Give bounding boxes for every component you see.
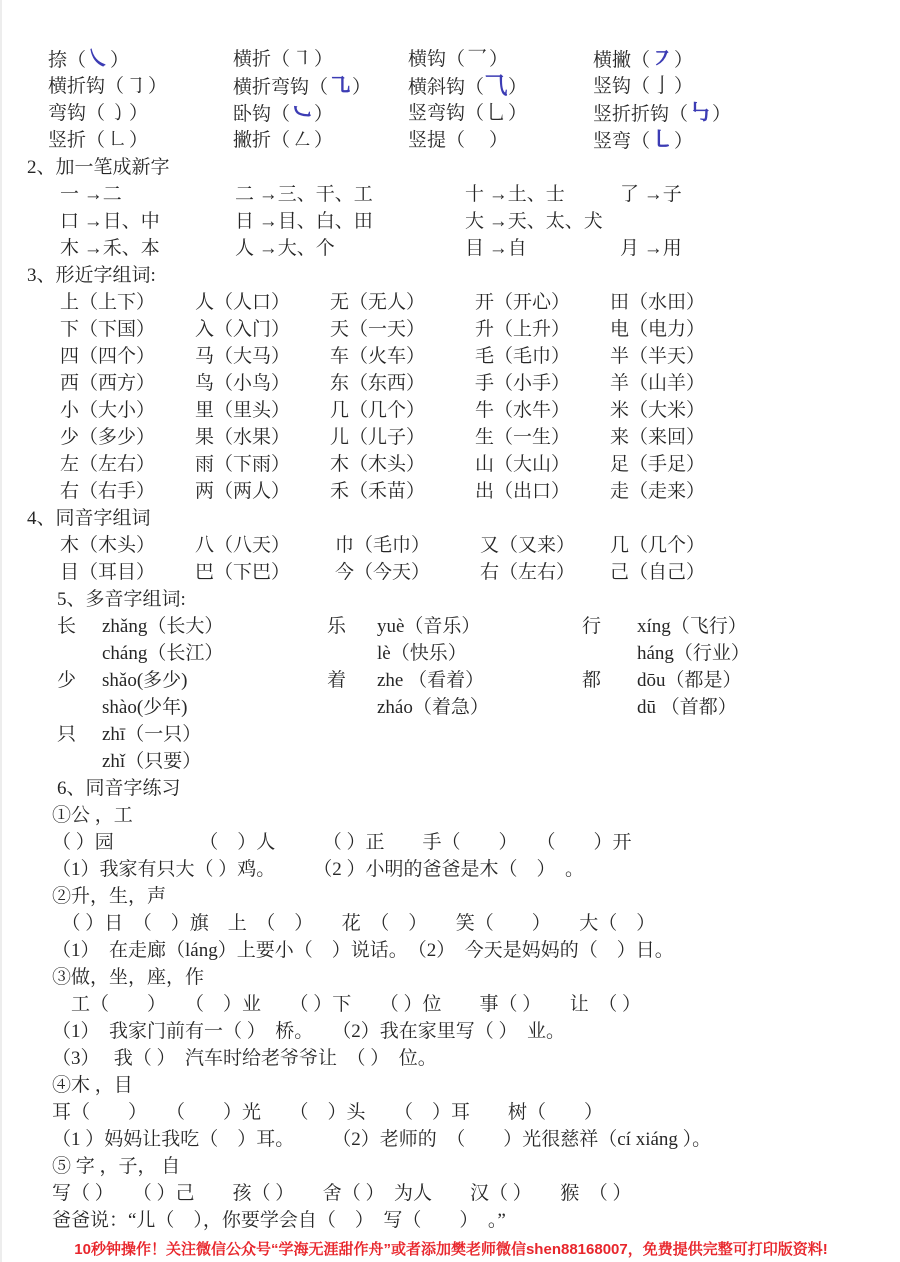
char-transform-cell: 一 →二 xyxy=(60,181,235,208)
stroke-glyph: 乛 xyxy=(465,46,489,73)
stroke-glyph: ㇜ xyxy=(290,127,314,154)
stroke-name: 竖提 xyxy=(408,130,446,151)
stroke-cell: 横钩（乛） xyxy=(408,46,593,73)
word-pair-cell: 升（上升） xyxy=(475,316,610,343)
word-pair-cell: 走（走来） xyxy=(610,478,900,505)
exercise-line: （3） 我（ ） 汽车时给老爷爷让 （ ） 位。 xyxy=(2,1045,900,1072)
close-paren: ） xyxy=(489,130,508,151)
stroke-cell: 横折弯钩（㇈） xyxy=(233,72,408,101)
polyphone-cell: 行 xyxy=(582,613,637,640)
stroke-cell: 竖钩（亅） xyxy=(593,73,900,100)
open-paren: （ xyxy=(271,130,290,151)
open-paren: （ xyxy=(271,104,290,125)
word-pair-cell: 开（开心） xyxy=(475,289,610,316)
stroke-name: 撇折 xyxy=(233,130,271,151)
stroke-glyph: ㇏ xyxy=(86,45,110,72)
word-pair-cell: 田（水田） xyxy=(610,289,900,316)
stroke-name: 弯钩 xyxy=(48,103,86,124)
stroke-cell: 横撇（㇇） xyxy=(593,45,900,74)
polyphone-cell: háng（行业） xyxy=(637,640,900,667)
homophone-cell: 八（八天） xyxy=(195,532,335,559)
close-paren: ） xyxy=(129,103,148,124)
exercise-line: ④木 ，目 xyxy=(2,1072,900,1099)
open-paren: （ xyxy=(631,50,650,71)
stroke-name: 横钩 xyxy=(408,49,446,70)
promo-footer-text: 10秒钟操作！关注微信公众号“学海无涯甜作舟”或者添加樊老师微信shen8816… xyxy=(2,1238,900,1259)
open-paren: （ xyxy=(105,76,124,97)
polyphone-cell: zhī（一只） xyxy=(102,721,327,748)
open-paren: （ xyxy=(669,104,688,125)
open-paren: （ xyxy=(631,131,650,152)
char-transform-cell: 月 →用 xyxy=(620,235,900,262)
char-transform-cell: 十 →土、士 xyxy=(465,181,620,208)
stroke-cell: 竖提（） xyxy=(408,127,593,154)
open-paren: （ xyxy=(446,49,465,70)
section4-grid: 木（木头）八（八天）巾（毛巾）又（又来）几（几个）目（耳目）巴（下巴）今（今天）… xyxy=(2,532,900,586)
homophone-cell: 又（又来） xyxy=(480,532,610,559)
stroke-glyph: ⺄ xyxy=(484,72,508,99)
open-paren: （ xyxy=(631,76,650,97)
stroke-name: 竖折折钩 xyxy=(593,104,669,125)
close-paren: ） xyxy=(148,76,167,97)
word-pair-cell: 手（小手） xyxy=(475,370,610,397)
word-pair-cell: 两（两人） xyxy=(195,478,330,505)
polyphone-cell: xíng（飞行） xyxy=(637,613,900,640)
stroke-glyph: ㇗ xyxy=(105,127,129,154)
word-pair-cell: 左（左右） xyxy=(60,451,195,478)
polyphone-cell: dū （首都） xyxy=(637,694,900,721)
exercise-line: 耳（ ） （ ）光 （ ）头 （ ）耳 树（ ） xyxy=(2,1099,900,1126)
homophone-cell: 今（今天） xyxy=(335,559,480,586)
open-paren: （ xyxy=(86,103,105,124)
word-pair-cell: 车（火车） xyxy=(330,343,475,370)
word-pair-cell: 雨（下雨） xyxy=(195,451,330,478)
stroke-name: 横撇 xyxy=(593,50,631,71)
word-pair-cell: 羊（山羊） xyxy=(610,370,900,397)
section6-exercises: ①公 ，工（ ）园 （ ）人 （ ）正 手（ ） （ ）开（1）我家有只大（ ）… xyxy=(2,802,900,1234)
stroke-cell: 卧钩（㇃） xyxy=(233,99,408,128)
open-paren: （ xyxy=(465,103,484,124)
stroke-cell: 横折（㇕） xyxy=(233,46,408,73)
polyphone-cell: 都 xyxy=(582,667,637,694)
close-paren: ） xyxy=(314,104,333,125)
stroke-glyph: ㇇ xyxy=(650,45,674,72)
word-pair-cell: 人（人口） xyxy=(195,289,330,316)
open-paren: （ xyxy=(309,77,328,98)
stroke-name: 横斜钩 xyxy=(408,77,465,98)
close-paren: ） xyxy=(314,130,333,151)
close-paren: ） xyxy=(674,50,693,71)
section5-grid: 长zhǎng（长大）乐yuè（音乐）行xíng（飞行）cháng（长江）lè（快… xyxy=(2,613,900,775)
exercise-line: （1） 在走廊（láng）上要小（ ）说话。 （2） 今天是妈妈的（ ）日。 xyxy=(2,937,900,964)
close-paren: ） xyxy=(129,130,148,151)
exercise-line: （1 ）妈妈让我吃（ ）耳。 （2）老师的 （ ）光很慈祥（cí xiáng ）… xyxy=(2,1126,900,1153)
stroke-glyph: ㇉ xyxy=(688,99,712,126)
word-pair-cell: 小（大小） xyxy=(60,397,195,424)
word-pair-cell: 东（东西） xyxy=(330,370,475,397)
word-pair-cell: 上（上下） xyxy=(60,289,195,316)
word-pair-cell: 无（无人） xyxy=(330,289,475,316)
polyphone-cell: 乐 xyxy=(327,613,377,640)
close-paren: ） xyxy=(314,49,333,70)
exercise-line: ①公 ，工 xyxy=(2,802,900,829)
section4-heading: 4、同音字组词 xyxy=(2,505,900,532)
exercise-line: ⑤ 字 ，子， 自 xyxy=(2,1153,900,1180)
stroke-glyph: ㇁ xyxy=(105,100,129,127)
homophone-cell: 几（几个） xyxy=(610,532,900,559)
polyphone-cell: zhe （看着） xyxy=(377,667,582,694)
stroke-name: 竖折 xyxy=(48,130,86,151)
close-paren: ） xyxy=(712,104,731,125)
polyphone-cell: dōu（都是） xyxy=(637,667,900,694)
word-pair-cell: 米（大米） xyxy=(610,397,900,424)
stroke-cell: 横斜钩（⺄） xyxy=(408,72,593,101)
section2-grid: 一 →二二 →三、干、工十 →土、士了 →子口 →日、中日 →目、白、田大 →天… xyxy=(2,181,900,262)
close-paren: ） xyxy=(352,77,371,98)
word-pair-cell: 牛（水牛） xyxy=(475,397,610,424)
homophone-cell: 己（自己） xyxy=(610,559,900,586)
exercise-line: ③做，坐，座，作 xyxy=(2,964,900,991)
word-pair-cell: 下（下国） xyxy=(60,316,195,343)
section3-grid: 上（上下）人（人口）无（无人）开（开心）田（水田）下（下国）入（入门）天（一天）… xyxy=(2,289,900,505)
exercise-line: ②升，生，声 xyxy=(2,883,900,910)
stroke-name: 横折 xyxy=(233,49,271,70)
polyphone-cell: 长 xyxy=(57,613,102,640)
polyphone-cell: 只 xyxy=(57,721,102,748)
stroke-cell: 竖弯钩（乚） xyxy=(408,100,593,127)
char-transform-cell: 了 →子 xyxy=(620,181,900,208)
char-transform-cell: 目 →自 xyxy=(465,235,620,262)
word-pair-cell: 鸟（小鸟） xyxy=(195,370,330,397)
char-transform-cell: 二 →三、干、工 xyxy=(235,181,465,208)
section5-heading: 5、多音字组词: xyxy=(2,586,900,613)
word-pair-cell: 禾（禾苗） xyxy=(330,478,475,505)
homophone-cell: 巾（毛巾） xyxy=(335,532,480,559)
stroke-glyph: ㇆ xyxy=(124,73,148,100)
word-pair-cell: 右（右手） xyxy=(60,478,195,505)
close-paren: ） xyxy=(110,50,129,71)
word-pair-cell: 果（水果） xyxy=(195,424,330,451)
exercise-line: （1）我家有只大（ ）鸡。 （2 ）小明的爸爸是木（ ） 。 xyxy=(2,856,900,883)
polyphone-cell: zhǐ（只要） xyxy=(102,748,327,775)
homophone-cell: 右（左右） xyxy=(480,559,610,586)
stroke-cell: 弯钩（㇁） xyxy=(48,100,233,127)
char-transform-cell: 人 →大、个 xyxy=(235,235,465,262)
word-pair-cell: 木（木头） xyxy=(330,451,475,478)
stroke-name: 卧钩 xyxy=(233,104,271,125)
exercise-line: （ ）园 （ ）人 （ ）正 手（ ） （ ）开 xyxy=(2,829,900,856)
close-paren: ） xyxy=(674,76,693,97)
section3-heading: 3、形近字组词: xyxy=(2,262,900,289)
polyphone-cell: zhǎng（长大） xyxy=(102,613,327,640)
close-paren: ） xyxy=(508,77,527,98)
stroke-cell: 竖弯（㇄） xyxy=(593,126,900,155)
stroke-name: 竖钩 xyxy=(593,76,631,97)
section6-heading: 6、同音字练习 xyxy=(2,775,900,802)
stroke-cell: 竖折折钩（㇉） xyxy=(593,99,900,128)
stroke-glyph: 亅 xyxy=(650,73,674,100)
open-paren: （ xyxy=(271,49,290,70)
word-pair-cell: 来（来回） xyxy=(610,424,900,451)
word-pair-cell: 里（里头） xyxy=(195,397,330,424)
exercise-line: 工（ ） （ ）业 （ ）下 （ ）位 事（ ） 让 （ ） xyxy=(2,991,900,1018)
stroke-cell: 捺（㇏） xyxy=(48,45,233,74)
char-transform-cell: 日 →目、白、田 xyxy=(235,208,465,235)
word-pair-cell: 四（四个） xyxy=(60,343,195,370)
polyphone-cell: 着 xyxy=(327,667,377,694)
stroke-glyph: ㇄ xyxy=(650,126,674,153)
homophone-cell: 目（耳目） xyxy=(60,559,195,586)
stroke-name: 横折钩 xyxy=(48,76,105,97)
word-pair-cell: 少（多少） xyxy=(60,424,195,451)
stroke-glyph: ㇕ xyxy=(290,46,314,73)
polyphone-cell: zháo（着急） xyxy=(377,694,582,721)
exercise-line: 写（ ） （ ）己 孩（ ） 舍（ ） 为人 汉（ ） 猴 （ ） xyxy=(2,1180,900,1207)
stroke-name: 横折弯钩 xyxy=(233,77,309,98)
stroke-list: 捺（㇏） 横折（㇕） 横钩（乛） 横撇（㇇） 横折钩（㇆） 横折弯钩（㇈） 横斜… xyxy=(2,46,900,154)
word-pair-cell: 出（出口） xyxy=(475,478,610,505)
stroke-cell: 竖折（㇗） xyxy=(48,127,233,154)
stroke-name: 竖弯 xyxy=(593,131,631,152)
stroke-glyph: ㇃ xyxy=(290,99,314,126)
close-paren: ） xyxy=(508,103,527,124)
exercise-line: 爸爸说：“儿（ ），你要学会自（ ） 写（ ） 。” xyxy=(2,1207,900,1234)
word-pair-cell: 入（入门） xyxy=(195,316,330,343)
close-paren: ） xyxy=(489,49,508,70)
word-pair-cell: 山（大山） xyxy=(475,451,610,478)
polyphone-cell: lè（快乐） xyxy=(377,640,582,667)
polyphone-cell: yuè（音乐） xyxy=(377,613,582,640)
word-pair-cell: 天（一天） xyxy=(330,316,475,343)
stroke-glyph: 乚 xyxy=(484,100,508,127)
section2-heading: 2、加一笔成新字 xyxy=(2,154,900,181)
word-pair-cell: 儿（儿子） xyxy=(330,424,475,451)
stroke-glyph: ㇈ xyxy=(328,72,352,99)
polyphone-cell: 少 xyxy=(57,667,102,694)
polyphone-cell: cháng（长江） xyxy=(102,640,327,667)
open-paren: （ xyxy=(446,130,465,151)
stroke-name: 捺 xyxy=(48,50,67,71)
open-paren: （ xyxy=(67,50,86,71)
char-transform-cell: 木 →禾、本 xyxy=(60,235,235,262)
word-pair-cell: 毛（毛巾） xyxy=(475,343,610,370)
char-transform-cell: 大 →天、太、犬 xyxy=(465,208,620,235)
char-transform-cell: 口 →日、中 xyxy=(60,208,235,235)
exercise-line: （1） 我家门前有一（ ） 桥。 （2）我在家里写（ ） 业。 xyxy=(2,1018,900,1045)
open-paren: （ xyxy=(86,130,105,151)
word-pair-cell: 电（电力） xyxy=(610,316,900,343)
stroke-cell: 撇折（㇜） xyxy=(233,127,408,154)
word-pair-cell: 西（西方） xyxy=(60,370,195,397)
worksheet-page: { "colors": { "accent_blue": "#3c3cb4", … xyxy=(0,0,900,1262)
close-paren: ） xyxy=(674,131,693,152)
word-pair-cell: 足（手足） xyxy=(610,451,900,478)
word-pair-cell: 生（一生） xyxy=(475,424,610,451)
exercise-line: （ ）日 （ ）旗 上 （ ） 花 （ ） 笑（ ） 大（ ） xyxy=(2,910,900,937)
stroke-name: 竖弯钩 xyxy=(408,103,465,124)
polyphone-cell: shào(少年) xyxy=(102,694,327,721)
word-pair-cell: 马（大马） xyxy=(195,343,330,370)
word-pair-cell: 半（半天） xyxy=(610,343,900,370)
polyphone-cell: shǎo(多少) xyxy=(102,667,327,694)
open-paren: （ xyxy=(465,77,484,98)
worksheet-content: 捺（㇏） 横折（㇕） 横钩（乛） 横撇（㇇） 横折钩（㇆） 横折弯钩（㇈） 横斜… xyxy=(2,46,900,1234)
homophone-cell: 木（木头） xyxy=(60,532,195,559)
stroke-cell: 横折钩（㇆） xyxy=(48,73,233,100)
homophone-cell: 巴（下巴） xyxy=(195,559,335,586)
word-pair-cell: 几（几个） xyxy=(330,397,475,424)
